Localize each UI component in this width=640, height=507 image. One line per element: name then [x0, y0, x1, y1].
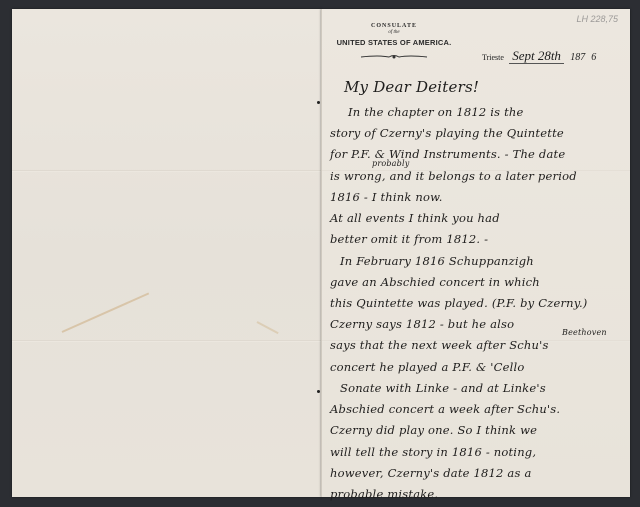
fold-line-upper [12, 170, 321, 172]
dateline-place: Trieste [482, 53, 504, 62]
letterhead-consulate: CONSULATE [334, 23, 454, 29]
letter-line-19: probable mistake. [330, 487, 438, 501]
pin-hole [317, 101, 320, 104]
insertion-beethoven: Beethoven [562, 328, 607, 337]
letter-line-6: At all events I think you had [330, 211, 500, 225]
letter-line-12: says that the next week after Schu's [330, 338, 549, 352]
letter-line-15: Abschied concert a week after Schu's. [330, 402, 560, 416]
archive-number: LH 228,75 [576, 14, 618, 24]
paper-stain [257, 321, 279, 334]
left-page-blank [12, 9, 321, 497]
dateline-date: Sept 28th [509, 48, 564, 64]
pin-hole [317, 390, 320, 393]
right-page-letter: LH 228,75 CONSULATE of the UNITED STATES… [321, 9, 630, 497]
letter-line-11: Czerny says 1812 - but he also [330, 317, 514, 331]
letter-line-7: better omit it from 1812. - [330, 232, 488, 246]
letter-line-9: gave an Abschied concert in which [330, 275, 540, 289]
dateline: Trieste Sept 28th 1876 [482, 48, 596, 64]
letter-line-4: is wrong, and it belongs to a later peri… [330, 169, 577, 183]
letter-line-17: will tell the story in 1816 - noting, [330, 445, 536, 459]
letter-line-3: for P.F. & Wind Instruments. - The date [330, 147, 565, 161]
paper-stain [62, 292, 150, 332]
salutation: My Dear Deiters! [344, 78, 479, 96]
dateline-year-prefix: 187 [570, 52, 585, 63]
letter-line-1: In the chapter on 1812 is the [348, 105, 524, 119]
letter-line-10: this Quintette was played. (P.F. by Czer… [330, 296, 587, 310]
letter-line-13: concert he played a P.F. & 'Cello [330, 360, 525, 374]
letterhead-of-the: of the [334, 30, 454, 35]
letter-line-18: however, Czerny's date 1812 as a [330, 466, 532, 480]
fold-line-lower [12, 340, 321, 342]
letter-line-5: 1816 - I think now. [330, 190, 443, 204]
letter-line-8: In February 1816 Schuppanzigh [340, 254, 534, 268]
letterhead: CONSULATE of the UNITED STATES OF AMERIC… [334, 23, 454, 65]
letter-line-2: story of Czerny's playing the Quintette [330, 126, 564, 140]
dateline-year-suffix: 6 [591, 52, 596, 63]
letterhead-usa: UNITED STATES OF AMERICA. [334, 38, 454, 47]
letterhead-ornament-icon [359, 54, 429, 60]
letter-line-16: Czerny did play one. So I think we [330, 423, 537, 437]
letter-line-14: Sonate with Linke - and at Linke's [340, 381, 546, 395]
